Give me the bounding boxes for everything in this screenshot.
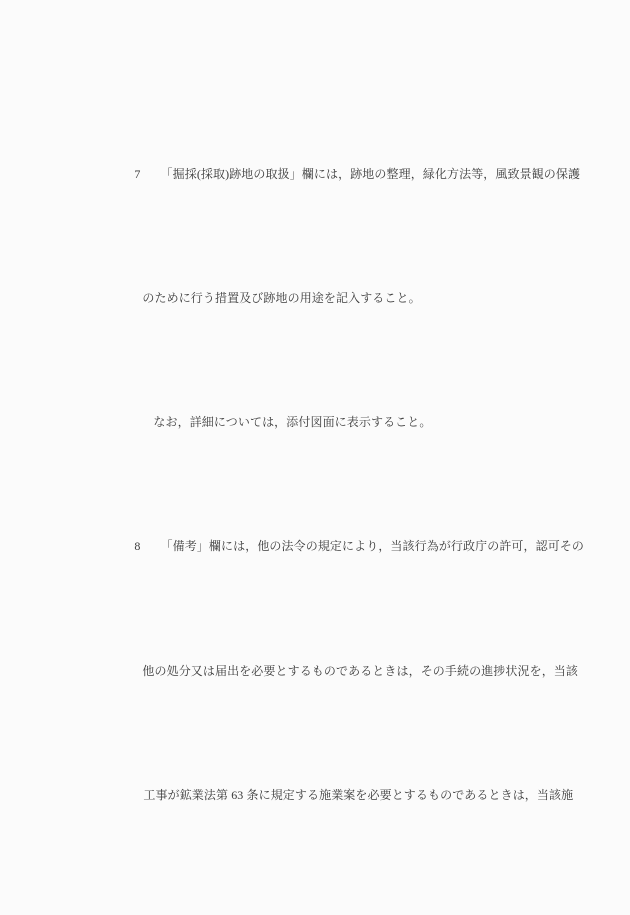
- line-text: 工事が鉱業法第 63 条に規定する施業案を必要とするものであるときは，当該施: [143, 788, 573, 802]
- document-line: 他の処分又は届出を必要とするものであるときは，その手続の進捗状況を，当該: [130, 646, 578, 697]
- item-number: 8: [134, 538, 140, 555]
- line-text: 「掘採(採取)跡地の取扱」欄には，跡地の整理，緑化方法等，風致景観の保護: [161, 166, 581, 183]
- document-page: 7「掘採(採取)跡地の取扱」欄には，跡地の整理，緑化方法等，風致景観の保護 のた…: [0, 0, 630, 915]
- document-line: なお，詳細については，添付図面に表示すること。: [141, 397, 431, 448]
- document-line-item-7: 7「掘採(採取)跡地の取扱」欄には，跡地の整理，緑化方法等，風致景観の保護: [122, 149, 580, 200]
- line-text: 他の処分又は届出を必要とするものであるときは，その手続の進捗状況を，当該: [142, 664, 578, 678]
- line-text: のために行う措置及び跡地の用途を記入すること。: [142, 291, 420, 305]
- document-line: のために行う措置及び跡地の用途を記入すること。: [130, 273, 421, 324]
- document-line-item-8: 8「備考」欄には，他の法令の規定により，当該行為が行政庁の許可，認可その: [122, 521, 584, 572]
- line-text: 「備考」欄には，他の法令の規定により，当該行為が行政庁の許可，認可その: [161, 538, 585, 555]
- line-text: なお，詳細については，添付図面に表示すること。: [153, 415, 431, 429]
- document-line: 工事が鉱業法第 63 条に規定する施業案を必要とするものであるときは，当該施: [131, 770, 573, 821]
- item-number: 7: [134, 166, 140, 183]
